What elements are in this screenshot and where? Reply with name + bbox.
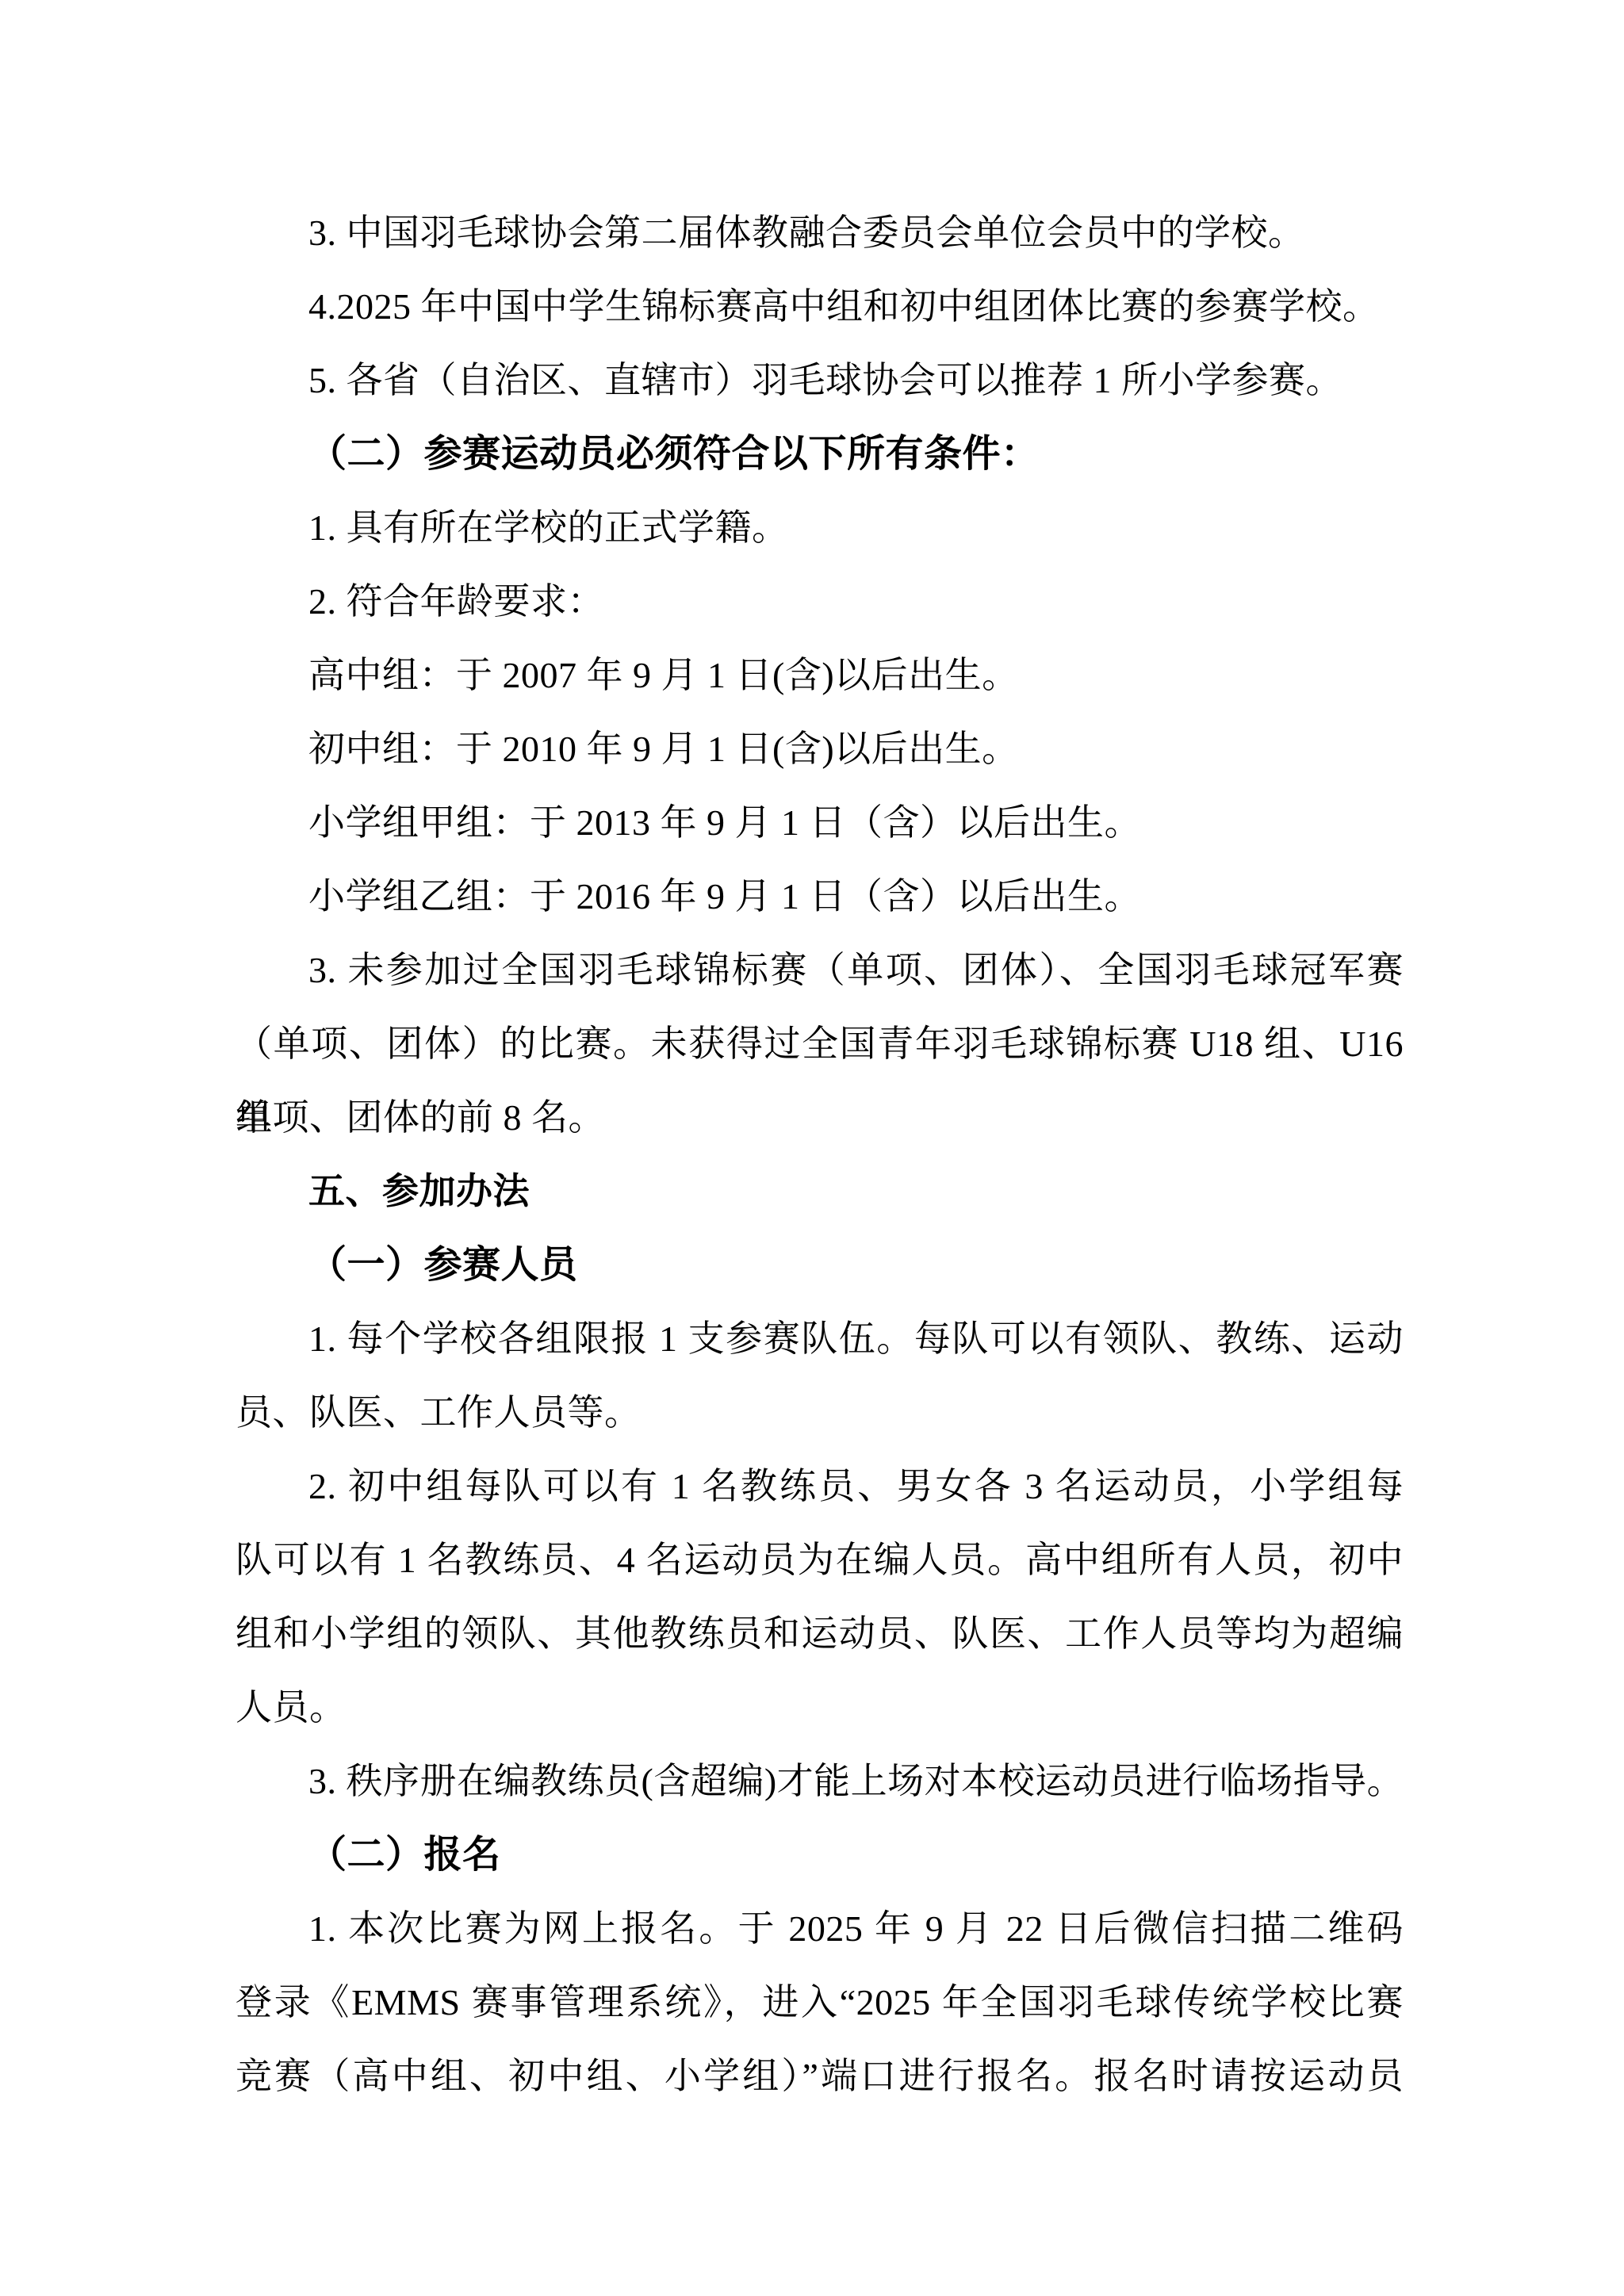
text-line: 小学组甲组：于 2013 年 9 月 1 日（含）以后出生。 — [236, 786, 1404, 859]
text-line: 组和小学组的领队、其他教练员和运动员、队医、工作人员等均为超编 — [236, 1597, 1404, 1670]
list-item: 3. 秩序册在编教练员(含超编)才能上场对本校运动员进行临场指导。 — [236, 1744, 1404, 1818]
section-heading: （二）报名 — [236, 1818, 1404, 1892]
text-line: 竞赛（高中组、初中组、小学组）”端口进行报名。报名时请按运动员 — [236, 2039, 1404, 2113]
section-heading: （一）参赛人员 — [236, 1228, 1404, 1302]
section-heading: （二）参赛运动员必须符合以下所有条件： — [236, 417, 1404, 491]
text-line: 小学组乙组：于 2016 年 9 月 1 日（含）以后出生。 — [236, 859, 1404, 933]
text-line: 队可以有 1 名教练员、4 名运动员为在编人员。高中组所有人员，初中 — [236, 1523, 1404, 1597]
list-item: 3. 中国羽毛球协会第二届体教融合委员会单位会员中的学校。 — [236, 196, 1404, 270]
list-item: 4.2025 年中国中学生锦标赛高中组和初中组团体比赛的参赛学校。 — [236, 270, 1404, 343]
document-page: 3. 中国羽毛球协会第二届体教融合委员会单位会员中的学校。 4.2025 年中国… — [0, 0, 1624, 2296]
list-item: 1. 具有所在学校的正式学籍。 — [236, 491, 1404, 564]
text-block: 3. 中国羽毛球协会第二届体教融合委员会单位会员中的学校。 4.2025 年中国… — [236, 196, 1404, 2113]
text-line: 单项、团体的前 8 名。 — [236, 1081, 1404, 1154]
list-item: 2. 初中组每队可以有 1 名教练员、男女各 3 名运动员，小学组每 — [236, 1449, 1404, 1523]
text-line: 员、队医、工作人员等。 — [236, 1376, 1404, 1449]
text-line: 初中组：于 2010 年 9 月 1 日(含)以后出生。 — [236, 712, 1404, 786]
text-line: 高中组：于 2007 年 9 月 1 日(含)以后出生。 — [236, 638, 1404, 712]
list-item: 5. 各省（自治区、直辖市）羽毛球协会可以推荐 1 所小学参赛。 — [236, 343, 1404, 417]
chapter-heading: 五、参加办法 — [236, 1154, 1404, 1228]
list-item: 1. 每个学校各组限报 1 支参赛队伍。每队可以有领队、教练、运动 — [236, 1302, 1404, 1376]
list-item: 3. 未参加过全国羽毛球锦标赛（单项、团体）、全国羽毛球冠军赛 — [236, 933, 1404, 1007]
list-item: 1. 本次比赛为网上报名。于 2025 年 9 月 22 日后微信扫描二维码 — [236, 1892, 1404, 1965]
text-line: （单项、团体）的比赛。未获得过全国青年羽毛球锦标赛 U18 组、U16 组 — [236, 1007, 1404, 1081]
text-line: 登录《EMMS 赛事管理系统》，进入“2025 年全国羽毛球传统学校比赛 — [236, 1965, 1404, 2039]
text-line: 人员。 — [236, 1670, 1404, 1744]
list-item: 2. 符合年龄要求： — [236, 564, 1404, 638]
